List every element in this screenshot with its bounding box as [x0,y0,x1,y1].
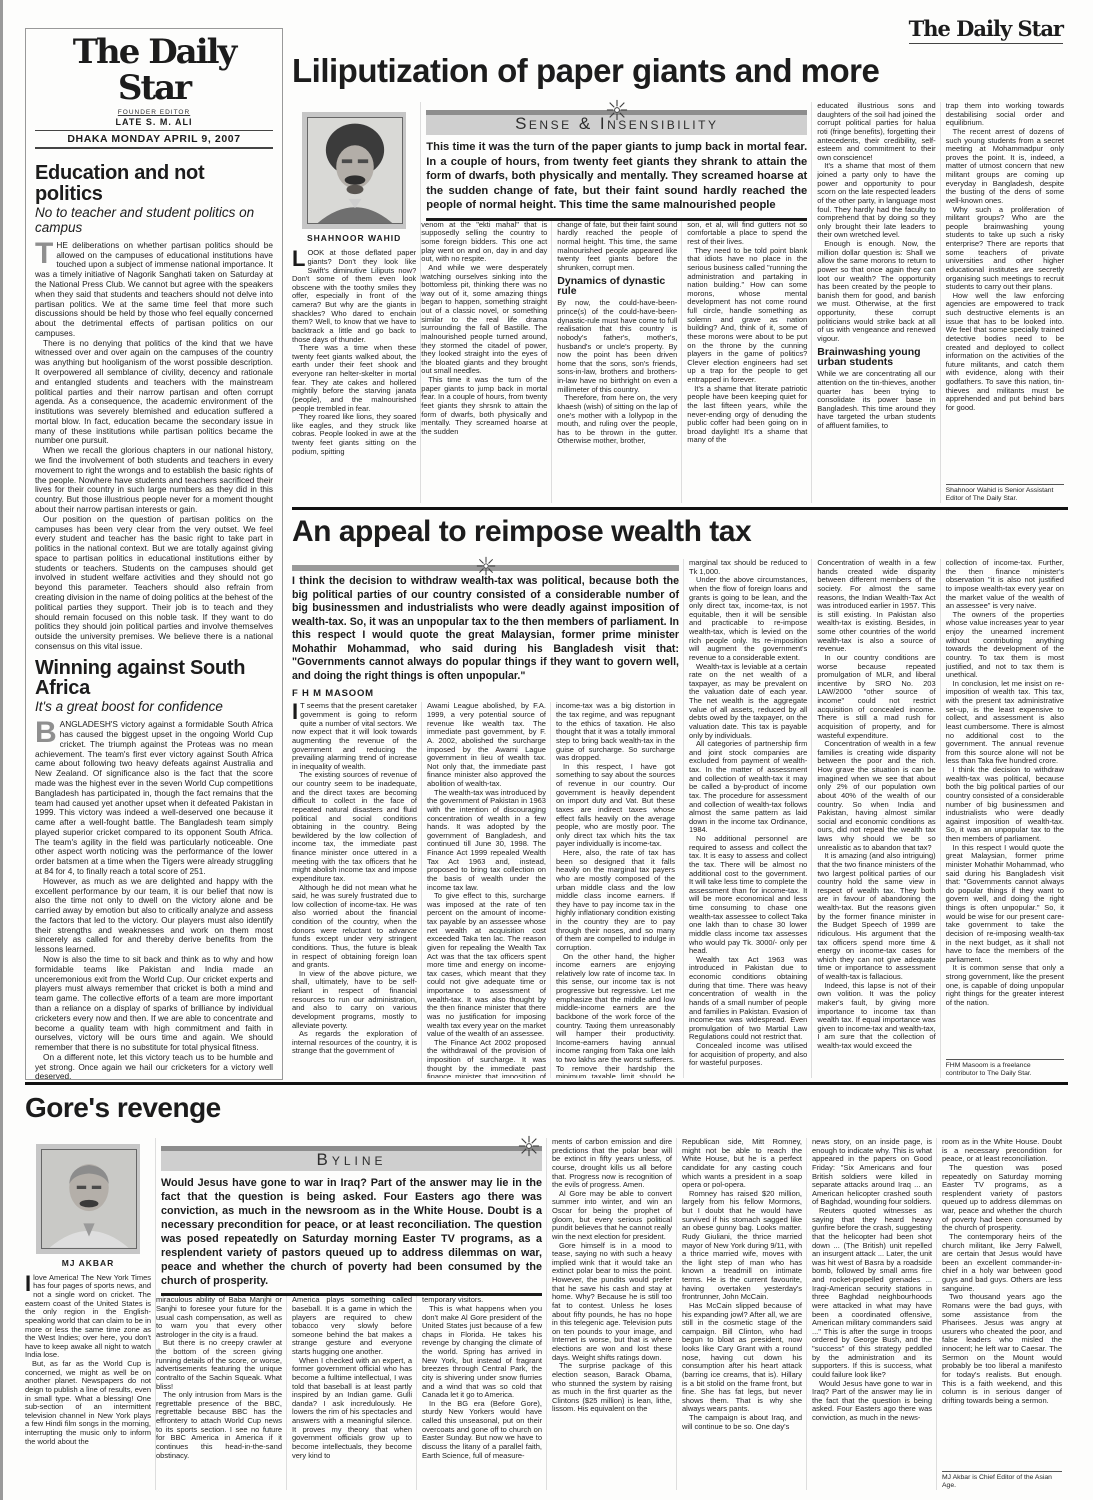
article-column: room as in the White House. Doubt is a n… [942,1138,1062,1468]
article-column: LOOK at those deflated paper giants? Don… [292,249,416,503]
liliput-center-group: Sense & Insensibility This time it was t… [420,102,811,503]
liliput-column-6: trap them into working towards destabili… [940,102,1068,503]
article-column: marginal tax should be reduced to Tk 1,0… [689,559,807,1078]
wealth-standfirst: I think the decision to withdraw wealth-… [292,575,679,683]
article-column: educated illustrious sons and daughters … [817,102,935,503]
masthead: The Daily Star FOUNDER EDITOR LATE S. M.… [35,35,273,157]
portrait-illustration [307,117,403,224]
article-column: change of fate, but their faint sound ha… [551,221,681,503]
section-divider [25,1082,1068,1085]
column-title: Byline [161,1146,542,1171]
masthead-logo: The Daily Star [35,35,273,106]
newspaper-page: The Daily Star The Daily Star FOUNDER ED… [0,0,1093,1500]
author-footnote: MJ Akbar is Chief Editor of the Asian Ag… [942,1471,1062,1490]
gores-revenge-headline: Gore's revenge [25,1092,221,1124]
article-column: Republican side, Mitt Romney, might not … [682,1138,802,1490]
gore-column-6: Republican side, Mitt Romney, might not … [676,1138,806,1490]
wealth-tax-headline: An appeal to reimpose wealth tax [292,515,751,549]
article-liliputization: Liliputization of paper giants and more [292,50,1068,510]
wealth-column-4: marginal tax should be reduced to Tk 1,0… [683,559,811,1078]
portrait-illustration [41,1149,137,1249]
gore-column-5: ments of carbon emission and dire predic… [546,1138,676,1490]
article-gores-revenge: Gore's revenge MJ AKBAR I lo [25,1092,1068,1492]
column-banner: Sense & Insensibility [426,110,807,135]
dateline-bar: DHAKA MONDAY APRIL 9, 2007 [35,130,273,149]
editorial-body: THE deliberations on whether partisan po… [35,241,273,652]
editorial-rail: The Daily Star FOUNDER EDITOR LATE S. M.… [25,28,283,1080]
editorial-subtitle: It's a great boost for confidence [35,700,273,715]
editorial-cricket: Winning against South Africa It's a grea… [35,652,273,1080]
article-wealth-tax: An appeal to reimpose wealth tax I think… [292,515,1068,1080]
author-footnote: Shahnoor Wahid is Senior Assistant Edito… [946,484,1064,503]
article-column: collection of income-tax. Further, the t… [946,559,1064,1056]
editorial-subtitle: No to teacher and student politics on ca… [35,206,273,236]
editorial-title: Education and not politics [35,163,273,204]
gore-column-7: news story, on an inside page, is enough… [806,1138,936,1490]
shahnoor-wahid-photo [302,112,406,229]
starburst-icon [606,99,628,126]
article-column: temporary visitors.This is what happens … [416,1296,546,1490]
starburst-icon [518,1135,540,1162]
author-footnote: FHM Masoom is a freelance contributor to… [946,1059,1064,1078]
liliput-column-5: educated illustrious sons and daughters … [811,102,939,503]
starburst-icon [476,556,496,581]
article-column: IT seems that the present caretaker gove… [292,702,421,1078]
liliput-standfirst: This time it was the turn of the paper g… [426,140,807,221]
mj-akbar-photo [36,1144,140,1254]
dateline: DHAKA MONDAY APRIL 9, 2007 [35,131,273,147]
editorial-title: Winning against South Africa [35,658,273,699]
gore-column-1: MJ AKBAR I love America! The New York Ti… [25,1138,155,1490]
liliput-column-1: SHAHNOOR WAHID LOOK at those deflated pa… [292,102,420,503]
article-column: income-tax was a big distortion in the t… [550,702,679,1078]
article-column: son, et al, will find gutters not so com… [681,221,811,503]
article-column: ments of carbon emission and dire predic… [552,1138,672,1490]
author-byline: F H M MASOOM [292,688,679,699]
editorial-education: Education and not politics No to teacher… [35,157,273,651]
photo-caption: SHAHNOOR WAHID [292,233,416,243]
article-column: trap them into working towards destabili… [946,102,1064,481]
wealth-column-5: Concentration of wealth in a few hands c… [811,559,939,1078]
article-column: Concentration of wealth in a few hands c… [817,559,935,1078]
liliputization-headline: Liliputization of paper giants and more [292,52,879,90]
wealth-column-6: collection of income-tax. Further, the t… [940,559,1068,1078]
corner-masthead-logo: The Daily Star [909,16,1063,44]
founder-editor-label: FOUNDER EDITOR [35,109,273,116]
article-column: America plays something called baseball.… [286,1296,416,1490]
editorial-body: BANGLADESH'S victory against a formidabl… [35,720,273,1080]
column-banner: Byline [161,1146,542,1171]
wealth-left-group: I think the decision to withdraw wealth-… [292,559,683,1078]
article-column: Awami League abolished, by F.A. 1999, a … [421,702,550,1078]
article-column: venom at the "ekti mahal" that is suppos… [421,221,551,503]
gore-standfirst: Would Jesus have gone to war in Iraq? Pa… [161,1176,542,1296]
intro-rule [292,565,679,571]
article-column: miraculous ability of Baba Manjhi or San… [156,1296,286,1490]
founder-editor-name: LATE S. M. ALI [35,117,273,127]
gore-center-group: Byline Would Jesus have gone to war in I… [155,1138,546,1490]
gore-column-8: room as in the White House. Doubt is a n… [936,1138,1066,1490]
article-column: I love America! The New York Times has f… [25,1274,151,1490]
photo-caption: MJ AKBAR [25,1258,151,1268]
article-column: news story, on an inside page, is enough… [812,1138,932,1490]
